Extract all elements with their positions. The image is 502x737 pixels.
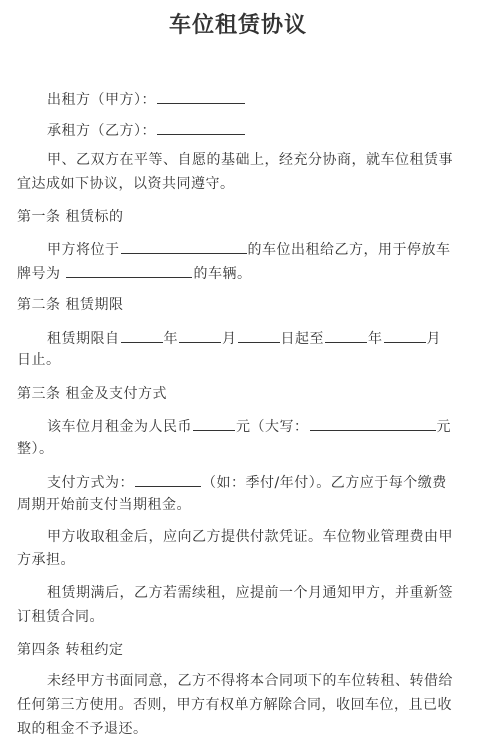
article1-heading: 第一条 租赁标的 <box>17 208 460 226</box>
page-title: 车位租赁协议 <box>0 8 476 39</box>
article2-line-2: 日止。 <box>17 351 460 369</box>
payment-text-b: （如：季付/年付）。乙方应于每个缴费 <box>202 475 447 491</box>
article4-line-1: 未经甲方书面同意，乙方不得将本合同项下的车位转租、转借给 <box>17 672 490 690</box>
article4-line-2: 任何第三方使用。否则，甲方有权单方解除合同，收回车位，且已收 <box>17 696 460 714</box>
intro-line-2: 宜达成如下协议，以资共同遵守。 <box>17 175 460 193</box>
rent-amount-words-blank[interactable] <box>310 416 436 431</box>
plate-number-blank[interactable] <box>66 263 192 278</box>
lessor-row: 出租方（甲方）： <box>17 89 490 109</box>
start-month-blank[interactable] <box>179 328 221 343</box>
article1-line-1: 甲方将位于的车位出租给乙方，用于停放车 <box>17 239 490 259</box>
article3-heading: 第三条 租金及支付方式 <box>17 385 460 403</box>
payment-text-a: 支付方式为： <box>47 475 134 491</box>
renewal-line-2: 订租赁合同。 <box>17 608 460 626</box>
payment-method-blank[interactable] <box>135 472 201 487</box>
end-year-blank[interactable] <box>325 328 367 343</box>
day-label-1: 日起至 <box>281 331 325 347</box>
start-day-blank[interactable] <box>238 328 280 343</box>
lessee-label: 承租方（乙方）： <box>47 123 156 139</box>
lessor-name-blank[interactable] <box>157 89 245 104</box>
receipt-line-2: 方承担。 <box>17 551 460 569</box>
year-label-2: 年 <box>368 331 383 347</box>
lessor-label: 出租方（甲方）： <box>47 92 156 108</box>
lessee-name-blank[interactable] <box>157 120 245 135</box>
renewal-line-1: 租赁期满后，乙方若需续租，应提前一个月通知甲方，并重新签 <box>17 584 490 602</box>
rent-amount-blank[interactable] <box>193 416 235 431</box>
article1-text-a: 甲方将位于 <box>47 242 120 258</box>
payment-line-2: 周期开始前支付当期租金。 <box>17 496 460 514</box>
rent-text-a: 该车位月租金为人民币 <box>47 419 192 435</box>
month-label-2: 月 <box>427 331 442 347</box>
term-text-a: 租赁期限自 <box>47 331 120 347</box>
article2-line-1: 租赁期限自年月日起至年月 <box>17 328 490 348</box>
article1-text-c: 牌号为 <box>17 266 65 282</box>
intro-line-1: 甲、乙双方在平等、自愿的基础上，经充分协商，就车位租赁事 <box>17 151 490 169</box>
article4-line-3: 取的租金不予退还。 <box>17 720 460 737</box>
end-month-blank[interactable] <box>384 328 426 343</box>
rent-text-b: 元（大写： <box>236 419 309 435</box>
month-label-1: 月 <box>222 331 237 347</box>
parking-location-blank[interactable] <box>121 239 247 254</box>
start-year-blank[interactable] <box>121 328 163 343</box>
article2-heading: 第二条 租赁期限 <box>17 296 460 314</box>
article4-heading: 第四条 转租约定 <box>17 641 460 659</box>
year-label-1: 年 <box>164 331 179 347</box>
payment-line-1: 支付方式为：（如：季付/年付）。乙方应于每个缴费 <box>17 472 490 492</box>
article1-text-b: 的车位出租给乙方，用于停放车 <box>248 242 451 258</box>
rent-line-1: 该车位月租金为人民币元（大写：元 <box>17 416 490 436</box>
rent-line-2: 整）。 <box>17 440 460 458</box>
article1-text-d: 的车辆。 <box>193 266 251 282</box>
receipt-line-1: 甲方收取租金后，应向乙方提供付款凭证。车位物业管理费由甲 <box>17 528 490 546</box>
rent-text-c: 元 <box>437 419 452 435</box>
article1-line-2: 牌号为 的车辆。 <box>17 263 460 283</box>
lessee-row: 承租方（乙方）： <box>17 120 490 140</box>
